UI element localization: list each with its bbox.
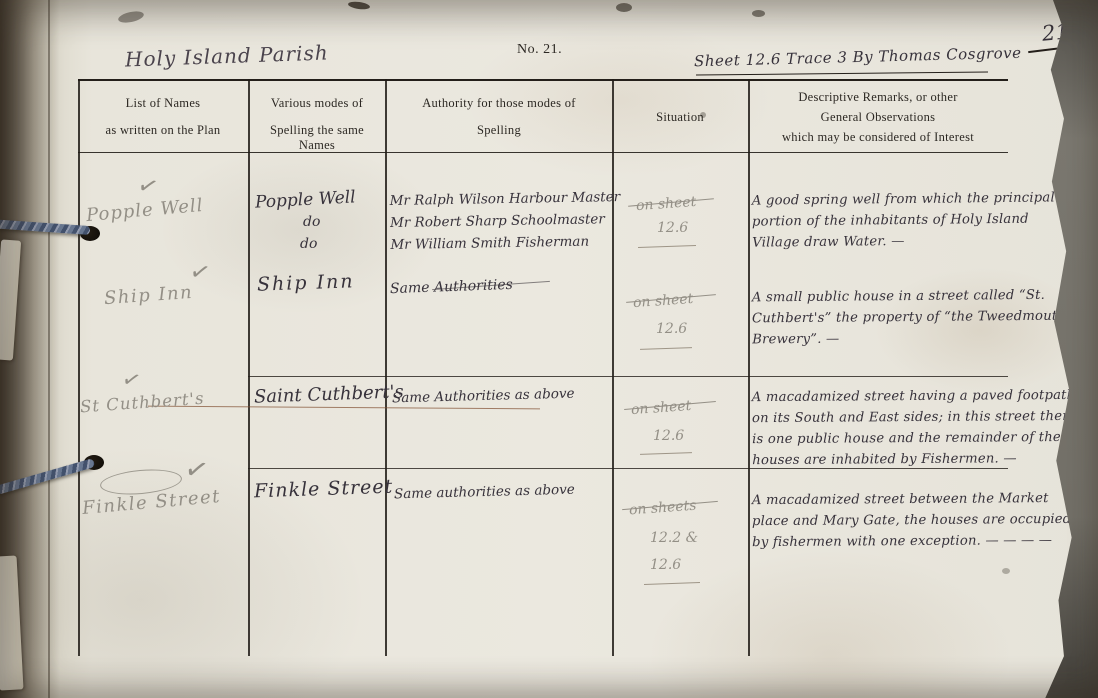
spelling-line: Finkle Street [254,476,394,503]
authority-line: Mr William Smith Fisherman [390,230,621,256]
sheet-note: Sheet 12.6 Trace 3 By Thomas Cosgrove [694,44,1022,71]
situation-line: 12.2 & [650,530,698,546]
plan-name: St Cuthbert's [79,389,205,417]
situation-line: 12.6 [656,321,687,337]
table-vline-4 [612,79,614,656]
header-line: Descriptive Remarks, or other [755,90,1001,105]
header-line: Various modes of [255,96,379,111]
sheet-note-underline [696,71,988,75]
register-page: Holy Island Parish No. 21. Sheet 12.6 Tr… [0,0,1098,698]
table-vline-left [78,79,80,656]
check-icon: ✓ [181,451,212,489]
header-line: List of Names [88,96,238,111]
authority-list: Mr Ralph Wilson Harbour Master Mr Robert… [389,186,621,256]
spelling-line: Saint Cuthbert's [254,381,404,407]
plan-name: Popple Well [85,195,204,226]
ink-smudge [117,9,145,24]
ink-smudge [616,3,632,12]
situation-underline [644,582,700,585]
table-top-rule [78,79,1008,81]
parish-title: Holy Island Parish [125,40,329,71]
remarks-text: A macadamized street having a paved foot… [752,385,1083,472]
plan-name: Ship Inn [103,282,193,309]
situation-line: 12.6 [653,428,684,444]
situation-underline [640,452,692,455]
situation-line: on sheet [633,291,694,311]
table-vline-3 [385,79,387,656]
situation-line: 12.6 [657,220,688,236]
situation-line: 12.6 [650,557,681,573]
stain-spot [1002,568,1010,574]
check-icon: ✓ [134,170,162,203]
scanned-book-photo: Holy Island Parish No. 21. Sheet 12.6 Tr… [0,0,1098,698]
remarks-text: A macadamized street between the Market … [752,488,1080,554]
table-vline-5 [748,79,750,656]
header-line: General Observations [755,110,1001,125]
situation-line: on sheets [629,498,697,519]
header-line: Authority for those modes of [394,96,604,111]
header-line: Spelling [394,123,604,138]
authority-line: Same Authorities as above [392,386,575,407]
page-number-dash [1072,55,1084,61]
spelling-line: Ship Inn [257,270,355,295]
column-header-names: List of Names as written on the Plan [88,96,238,150]
ink-smudge [752,10,765,17]
situation-underline [638,245,696,248]
spelling-line: do [300,236,317,252]
header-line: which may be considered of Interest [755,130,1001,145]
column-header-situation: Situation [622,110,738,137]
situation-line: on sheet [636,194,697,214]
situation-line: on sheet [631,398,692,418]
remarks-text: A small public house in a street called … [752,285,1071,351]
page-number-underline [1028,43,1096,53]
table-vline-2 [248,79,250,656]
spelling-line: do [303,214,320,230]
stain-spot [700,112,706,118]
stray-ink-line [148,406,540,410]
row-separator-1 [248,376,1008,377]
spelling-line: Popple Well [255,187,357,212]
column-header-authority: Authority for those modes of Spelling [394,96,604,150]
ink-smudge [348,1,371,11]
form-number: No. 21. [517,42,562,58]
check-icon: ✓ [119,366,144,395]
header-line: Situation [622,110,738,125]
header-line: as written on the Plan [88,123,238,138]
situation-underline [640,347,692,350]
column-header-spelling-modes: Various modes of Spelling the same Names [255,96,379,165]
page-number: 217 [1041,18,1083,45]
table-header-rule [78,152,1008,153]
plan-name: Finkle Street [81,486,221,519]
page-crease [48,0,50,698]
column-header-remarks: Descriptive Remarks, or other General Ob… [755,90,1001,150]
authority-line: Same authorities as above [394,482,575,503]
header-line: Spelling the same Names [255,123,379,153]
remarks-text: A good spring well from which the princi… [752,187,1059,254]
